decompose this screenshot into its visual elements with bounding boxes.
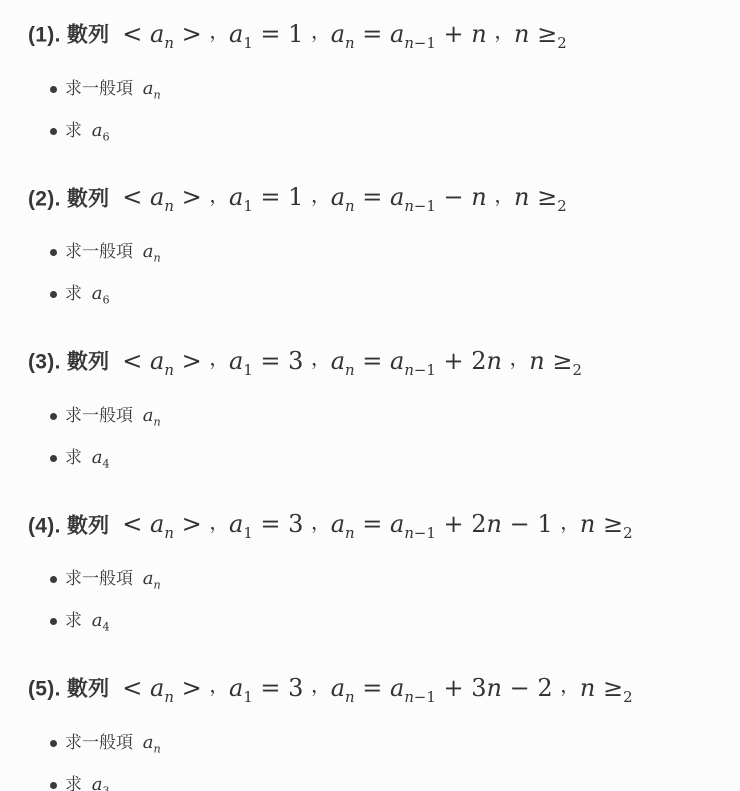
problem-1: (1). 數列 < an > ，a1 = 1 ，an = an−1 + n ，n… [28,15,716,143]
task-item: 求一般項 an [65,404,716,428]
task-item: 求 a6 [65,119,716,143]
problem-3: (3). 數列 < an > ，a1 = 3 ，an = an−1 + 2n ，… [28,342,716,470]
task-math: a4 [92,447,110,468]
problem-1-number-label: (1). 數列 [28,24,109,47]
problem-1-heading: (1). 數列 < an > ，a1 = 1 ，an = an−1 + n ，n… [28,15,716,53]
task-math: an [143,241,161,262]
problem-2-heading: (2). 數列 < an > ，a1 = 1 ，an = an−1 − n ，n… [28,179,716,217]
problem-4: (4). 數列 < an > ，a1 = 3 ，an = an−1 + 2n −… [28,506,716,634]
task-text: 求一般項 [65,569,133,588]
task-item: 求一般項 an [65,77,716,101]
problem-5: (5). 數列 < an > ，a1 = 3 ，an = an−1 + 3n −… [28,669,716,791]
task-math: an [143,568,161,589]
task-text: 求一般項 [65,79,133,98]
problem-2-task-list: 求一般項 an 求 a6 [28,240,716,306]
task-text: 求一般項 [65,242,133,261]
task-math: a4 [92,610,110,631]
task-item: 求 a4 [65,446,716,470]
problem-3-heading: (3). 數列 < an > ，a1 = 3 ，an = an−1 + 2n ，… [28,342,716,380]
task-item: 求一般項 an [65,567,716,591]
task-text: 求 [65,121,82,140]
task-item: 求 a4 [65,609,716,633]
problem-5-formula: < an > ，a1 = 3 ，an = an−1 + 3n − 2 ，n ≥2 [122,674,632,702]
task-math: an [143,732,161,753]
problem-3-task-list: 求一般項 an 求 a4 [28,404,716,470]
problem-4-task-list: 求一般項 an 求 a4 [28,567,716,633]
task-math: an [143,405,161,426]
task-math: a6 [92,120,110,141]
problem-3-formula: < an > ，a1 = 3 ，an = an−1 + 2n ，n ≥2 [122,347,582,375]
task-math: a6 [92,283,110,304]
task-math: a3 [92,774,110,791]
problem-5-heading: (5). 數列 < an > ，a1 = 3 ，an = an−1 + 3n −… [28,669,716,707]
task-text: 求 [65,775,82,791]
problem-4-heading: (4). 數列 < an > ，a1 = 3 ，an = an−1 + 2n −… [28,506,716,544]
problem-5-number-label: (5). 數列 [28,678,109,701]
problem-1-task-list: 求一般項 an 求 a6 [28,77,716,143]
problem-2-formula: < an > ，a1 = 1 ，an = an−1 − n ，n ≥2 [122,183,566,211]
task-text: 求一般項 [65,733,133,752]
task-text: 求 [65,448,82,467]
task-item: 求一般項 an [65,240,716,264]
problem-5-task-list: 求一般項 an 求 a3 [28,731,716,791]
problem-sheet: (1). 數列 < an > ，a1 = 1 ，an = an−1 + n ，n… [0,0,740,791]
problem-3-number-label: (3). 數列 [28,351,109,374]
problem-1-formula: < an > ，a1 = 1 ，an = an−1 + n ，n ≥2 [122,20,566,48]
problem-2-number-label: (2). 數列 [28,187,109,210]
task-text: 求 [65,284,82,303]
problem-4-formula: < an > ，a1 = 3 ，an = an−1 + 2n − 1 ，n ≥2 [122,510,632,538]
task-text: 求 [65,611,82,630]
task-item: 求 a3 [65,773,716,791]
task-item: 求一般項 an [65,731,716,755]
task-text: 求一般項 [65,406,133,425]
task-item: 求 a6 [65,282,716,306]
problem-2: (2). 數列 < an > ，a1 = 1 ，an = an−1 − n ，n… [28,179,716,307]
task-math: an [143,78,161,99]
problem-4-number-label: (4). 數列 [28,514,109,537]
